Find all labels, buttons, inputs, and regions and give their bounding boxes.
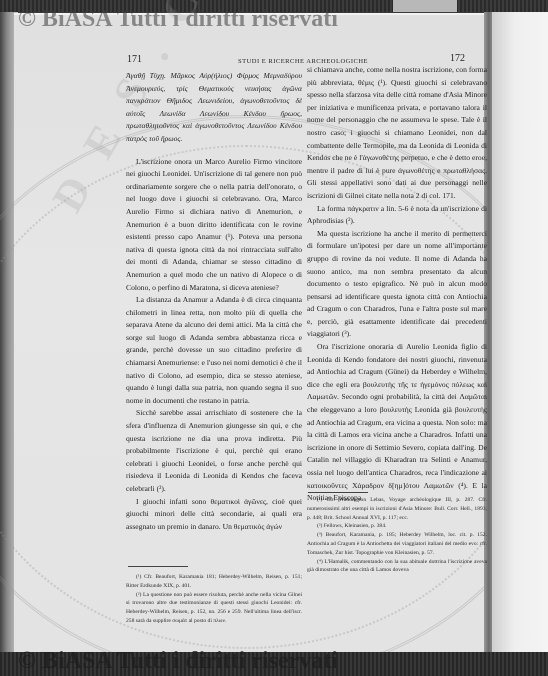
footnote: (²) La questione non può essere risoluta… bbox=[126, 591, 302, 626]
greek-inscription: Ἀγαθῇ Τύχῃ. Μᾶρκος Αὐρ(ήλιος) Φίρμος Μεμ… bbox=[126, 70, 302, 146]
footnote-divider bbox=[128, 566, 188, 567]
paragraph: Sicchè sarebbe assai arrischiato di sost… bbox=[126, 407, 302, 495]
paragraph: La distanza da Anamur a Adanda è di circ… bbox=[126, 294, 302, 407]
paragraph: La forma πάγκρατιν a lin. 5-6 è nota da … bbox=[307, 203, 487, 228]
next-page-edge bbox=[492, 12, 548, 652]
left-column: Ἀγαθῇ Τύχῃ. Μᾶρκος Αὐρ(ήλιος) Φίρμος Μεμ… bbox=[126, 70, 302, 533]
footnote: (⁴) L'Hamalik, commentando con la sua ab… bbox=[307, 558, 487, 576]
paragraph: I giuochi infatti sono θεματικοὶ ἀγῶνες,… bbox=[126, 496, 302, 534]
footnotes-right: (¹) Cfr. Waddington Lebas, Voyage archéo… bbox=[307, 496, 487, 575]
paragraph: si chiamava anche, come nella nostra isc… bbox=[307, 64, 487, 203]
footnote: (¹) Cfr. Waddington Lebas, Voyage archéo… bbox=[307, 496, 487, 522]
paragraph: L'iscrizione onora un Marco Aurelio Firm… bbox=[126, 156, 302, 295]
footnote: (¹) Cfr. Beaufort, Karamania 181; Heberd… bbox=[126, 573, 302, 591]
footnote: (²) Fellows, Kleinasien, p. 384. bbox=[307, 522, 487, 531]
paragraph: Ora l'iscrizione onoraria di Aurelio Leo… bbox=[307, 341, 487, 505]
page-number-right: 172 bbox=[450, 53, 465, 64]
watermark-bottom: © BiASA Tutti i diritti riservati bbox=[18, 648, 338, 675]
footnotes-left: (¹) Cfr. Beaufort, Karamania 181; Heberd… bbox=[126, 573, 302, 626]
watermark-top: © BiASA Tutti i diritti riservati bbox=[18, 6, 338, 33]
footnote: (³) Beaufort, Karamania, p. 185; Heberde… bbox=[307, 531, 487, 557]
footnote-divider bbox=[308, 492, 368, 493]
page-tab bbox=[393, 0, 457, 12]
right-column: si chiamava anche, come nella nostra isc… bbox=[307, 64, 487, 505]
paragraph: Ma questa iscrizione ha anche il merito … bbox=[307, 228, 487, 341]
page-number-left: 171 bbox=[127, 54, 142, 65]
scanned-document: DES.COMITES 171 STUDI E RICERCHE ARCHEOL… bbox=[0, 0, 548, 676]
